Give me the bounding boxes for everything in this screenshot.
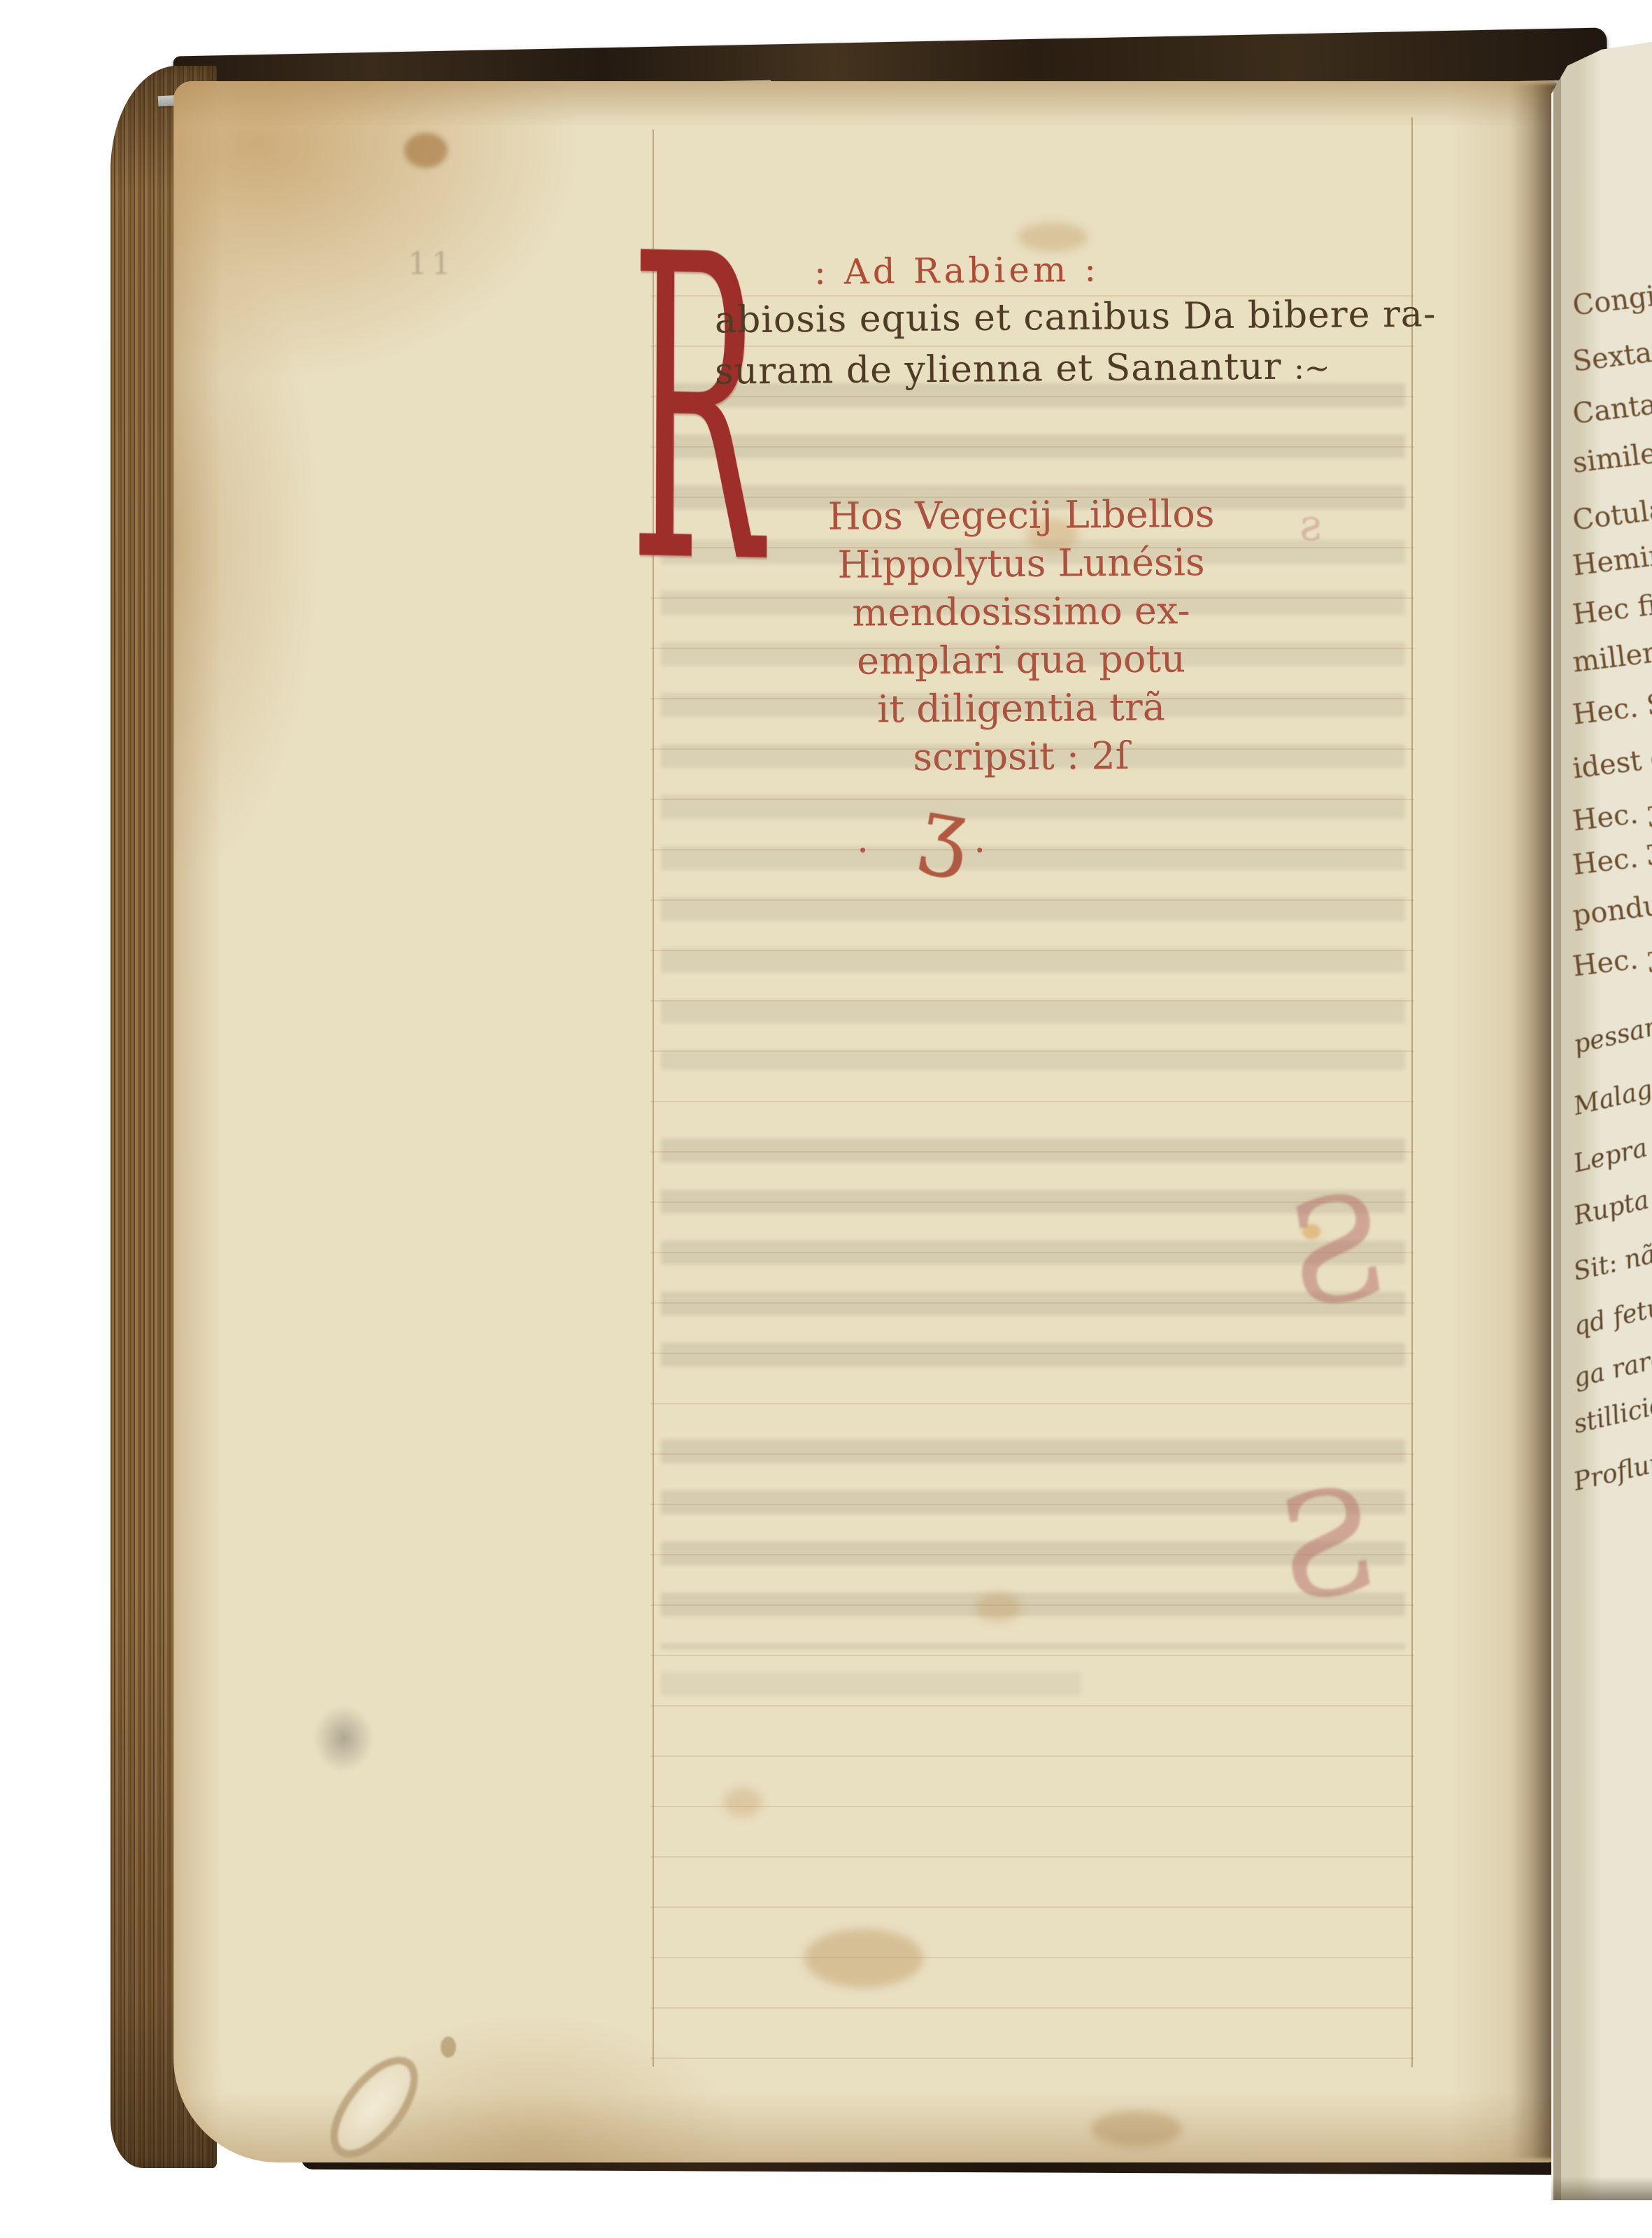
recipe-text-line: suram de ylienna et Sanantur :~ (715, 345, 1330, 393)
rubric-heading: : Ad Rabiem : (789, 248, 1125, 292)
margin-note-line: Hec. ʒ. signif (1571, 783, 1652, 837)
right-page-text-column: Congius. cont Sextarius. conti Cantarus.… (1551, 42, 1652, 2200)
recipe-text-line: abiosis equis et canibus Da bibere ra- (715, 294, 1437, 342)
scribal-colophon: Hos Vegecij Libellos Hippolytus Lunésis … (783, 491, 1259, 781)
margin-note-line: Cantarus. vas e (1571, 376, 1652, 430)
margin-note-line: Sextarius. conti (1571, 324, 1652, 378)
showthrough-text-band (661, 1672, 1081, 1713)
colophon-line: Hos Vegecij Libellos (783, 490, 1259, 541)
decorated-initial-R: R (629, 246, 763, 576)
stain (804, 1929, 923, 1988)
margin-note-line: pondus sex (1571, 878, 1652, 932)
margin-note-line: Lepra t. sine lab (1571, 1110, 1652, 1178)
paraph-dots: .. (857, 817, 1090, 861)
recipe-text: suram de ylienna et Sanantur (715, 346, 1282, 393)
margin-note-line: Hec. S. signifi (1571, 677, 1652, 731)
margin-note-line: Hemina. contin (1571, 528, 1652, 582)
line-flourish: :~ (1294, 350, 1330, 386)
stain (1018, 222, 1088, 252)
colophon-line: emplari qua potu (783, 634, 1259, 686)
manuscript-photo: S S s 11 : Ad Rabiem : R abiosis equis e… (0, 0, 1652, 2238)
colophon-line: Hippolytus Lunésis (783, 538, 1259, 590)
stain (976, 1593, 1020, 1623)
ghost-folio-number: 11 (408, 246, 455, 282)
ink-stain (404, 133, 448, 168)
margin-note-line: Malagmata: me (1571, 1053, 1652, 1121)
margin-note-line: millem. idest (1571, 625, 1652, 678)
showthrough-mark: s (1299, 504, 1322, 547)
stain (724, 1788, 762, 1817)
parchment-scar-dot (441, 2037, 456, 2058)
stain (1091, 2111, 1182, 2147)
margin-note-line: Cotula. contine (1571, 483, 1652, 536)
margin-note-line: idest dimidiu (1571, 731, 1652, 785)
colophon-line: mendosissimo ex- (783, 586, 1259, 638)
colophon-line: it diligentia trã (783, 683, 1259, 734)
margin-note-line: Hec figura. ſſ (1571, 577, 1652, 631)
margin-note-line: Congius. cont (1571, 268, 1652, 322)
margin-note-line: Hec. ʒ. signifi (1571, 929, 1652, 983)
margin-note-line: pessarie feminar (1571, 991, 1652, 1060)
margin-note-line: Profluuiuz .i. d (1571, 1428, 1652, 1497)
margin-note-line: simile crateri. t (1571, 425, 1652, 479)
gray-smudge (313, 1705, 373, 1772)
stain (1302, 1224, 1320, 1239)
colophon-line: scripsit : 2ſ (783, 731, 1259, 783)
